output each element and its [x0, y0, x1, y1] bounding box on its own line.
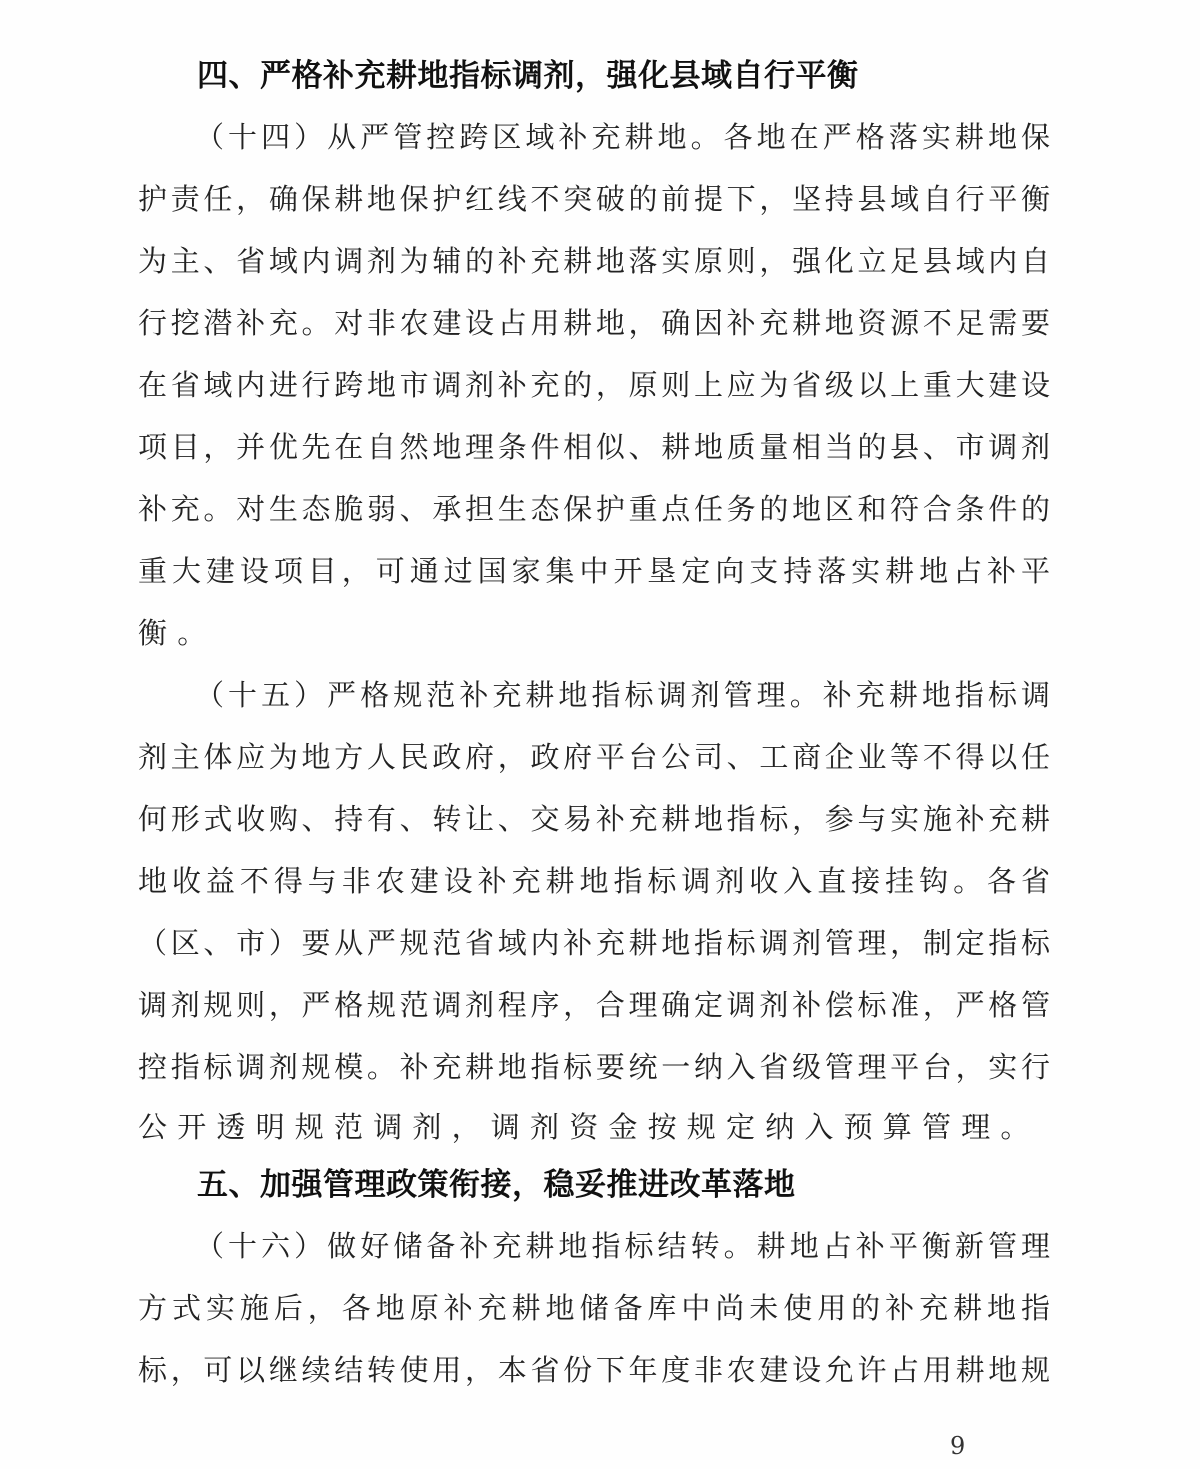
paragraph-15-line-8: 公开透明规范调剂，调剂资金按规定纳入预算管理。: [138, 1107, 1050, 1147]
document-page: 四、严格补充耕地指标调剂，强化县域自行平衡 （十四）从严管控跨区域补充耕地。各地…: [0, 0, 1200, 1469]
paragraph-16-line-3: 标，可以继续结转使用，本省份下年度非农建设允许占用耕地规: [138, 1350, 1050, 1390]
paragraph-15-line-7: 控指标调剂规模。补充耕地指标要统一纳入省级管理平台，实行: [138, 1047, 1050, 1087]
paragraph-14-line-8: 重大建设项目，可通过国家集中开垦定向支持落实耕地占补平: [138, 551, 1050, 591]
paragraph-15-line-5: （区、市）要从严规范省域内补充耕地指标调剂管理，制定指标: [138, 923, 1050, 963]
paragraph-14-line-3: 为主、省域内调剂为辅的补充耕地落实原则，强化立足县域内自: [138, 241, 1050, 281]
paragraph-15-line-1: （十五）严格规范补充耕地指标调剂管理。补充耕地指标调: [195, 675, 1050, 715]
paragraph-15-line-2: 剂主体应为地方人民政府，政府平台公司、工商企业等不得以任: [138, 737, 1050, 777]
paragraph-15-line-3: 何形式收购、持有、转让、交易补充耕地指标，参与实施补充耕: [138, 799, 1050, 839]
paragraph-16-line-2: 方式实施后，各地原补充耕地储备库中尚未使用的补充耕地指: [138, 1288, 1050, 1328]
paragraph-14-line-5: 在省域内进行跨地市调剂补充的，原则上应为省级以上重大建设: [138, 365, 1050, 405]
paragraph-15-line-4: 地收益不得与非农建设补充耕地指标调剂收入直接挂钩。各省: [138, 861, 1050, 901]
paragraph-14-line-4: 行挖潜补充。对非农建设占用耕地，确因补充耕地资源不足需要: [138, 303, 1050, 343]
section-heading-5: 五、加强管理政策衔接，稳妥推进改革落地: [197, 1163, 796, 1207]
paragraph-16-line-1: （十六）做好储备补充耕地指标结转。耕地占补平衡新管理: [195, 1226, 1050, 1266]
paragraph-14-line-2: 护责任，确保耕地保护红线不突破的前提下，坚持县域自行平衡: [138, 179, 1050, 219]
paragraph-14-line-1: （十四）从严管控跨区域补充耕地。各地在严格落实耕地保: [195, 117, 1050, 157]
paragraph-15-line-6: 调剂规则，严格规范调剂程序，合理确定调剂补偿标准，严格管: [138, 985, 1050, 1025]
paragraph-14-line-7: 补充。对生态脆弱、承担生态保护重点任务的地区和符合条件的: [138, 489, 1050, 529]
paragraph-14-line-9: 衡。: [138, 613, 1050, 653]
section-heading-4: 四、严格补充耕地指标调剂，强化县域自行平衡: [197, 54, 859, 98]
page-number: 9: [950, 1432, 965, 1460]
paragraph-14-line-6: 项目，并优先在自然地理条件相似、耕地质量相当的县、市调剂: [138, 427, 1050, 467]
